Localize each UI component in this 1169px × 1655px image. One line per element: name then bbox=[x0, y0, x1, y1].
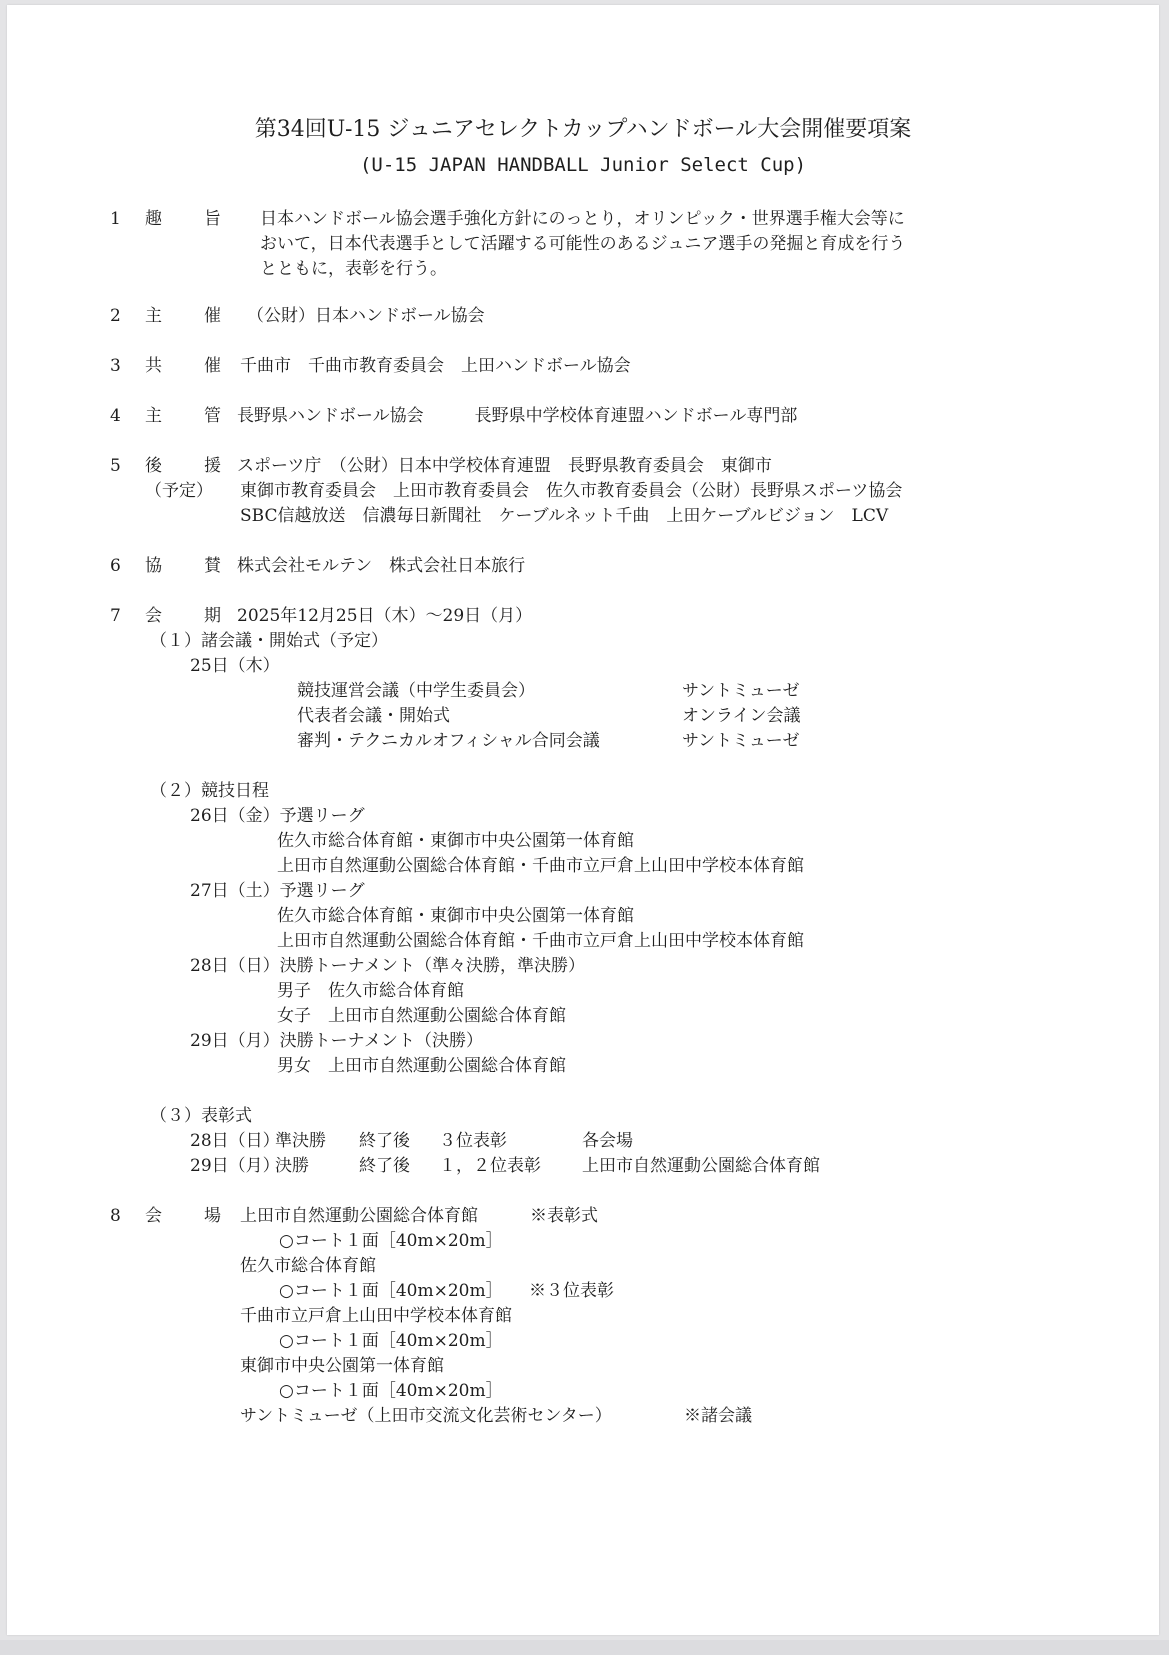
venue-court: ○コート１面［40m×20m］ bbox=[279, 1280, 503, 1302]
award-timing: 終了後 bbox=[359, 1130, 410, 1152]
viewer-bottom-edge bbox=[0, 1640, 1169, 1655]
section-number: 4 bbox=[110, 405, 121, 427]
schedule-day: 29日（月）決勝トーナメント（決勝） bbox=[190, 1030, 483, 1052]
section-label: 賛 bbox=[204, 555, 221, 577]
section-number: 8 bbox=[110, 1205, 121, 1227]
section-note: （予定） bbox=[145, 480, 213, 502]
section-label: 場 bbox=[204, 1205, 221, 1227]
section-label: 催 bbox=[204, 355, 221, 377]
section-label: 主 bbox=[145, 405, 162, 427]
section-text: スポーツ庁 （公財）日本中学校体育連盟 長野県教育委員会 東御市 bbox=[237, 455, 772, 477]
meeting-place: オンライン会議 bbox=[682, 705, 801, 727]
venue-court: ○コート１面［40m×20m］ bbox=[279, 1330, 503, 1352]
schedule-venue: 上田市自然運動公園総合体育館・千曲市立戸倉上山田中学校本体育館 bbox=[277, 855, 804, 877]
meeting-name: 審判・テクニカルオフィシャル合同会議 bbox=[297, 730, 600, 752]
subsection-heading: （３）表彰式 bbox=[150, 1105, 252, 1127]
subsection-heading: （２）競技日程 bbox=[150, 780, 269, 802]
section-number: 3 bbox=[110, 355, 121, 377]
schedule-day: 27日（土）予選リーグ bbox=[190, 880, 365, 902]
meeting-name: 競技運営会議（中学生委員会） bbox=[297, 680, 535, 702]
section-label: 旨 bbox=[204, 208, 221, 230]
section-text: （公財）日本ハンドボール協会 bbox=[247, 305, 485, 327]
section-text: SBC信越放送 信濃毎日新聞社 ケーブルネット千曲 上田ケーブルビジョン LCV bbox=[240, 505, 888, 527]
page-title: 第34回U-15 ジュニアセレクトカップハンドボール大会開催要項案 bbox=[7, 115, 1159, 145]
section-text: おいて，日本代表選手として活躍する可能性のあるジュニア選手の発掘と育成を行う bbox=[260, 233, 905, 255]
award-type: １，２位表彰 bbox=[439, 1155, 541, 1177]
award-day: 28日（日） bbox=[190, 1130, 280, 1152]
section-label: 催 bbox=[204, 305, 221, 327]
section-number: 5 bbox=[110, 455, 121, 477]
award-match: 準決勝 bbox=[275, 1130, 326, 1152]
subsection-heading: （１）諸会議・開始式（予定） bbox=[150, 630, 388, 652]
schedule-venue: 佐久市総合体育館・東御市中央公園第一体育館 bbox=[277, 905, 634, 927]
venue-name: 上田市自然運動公園総合体育館 bbox=[240, 1205, 478, 1227]
schedule-venue: 佐久市総合体育館・東御市中央公園第一体育館 bbox=[277, 830, 634, 852]
section-label: 期 bbox=[204, 605, 221, 627]
award-match: 決勝 bbox=[275, 1155, 309, 1177]
page-subtitle: (U-15 JAPAN HANDBALL Junior Select Cup) bbox=[7, 150, 1159, 180]
section-text: 千曲市 千曲市教育委員会 上田ハンドボール協会 bbox=[240, 355, 631, 377]
schedule-venue: 女子 上田市自然運動公園総合体育館 bbox=[277, 1005, 566, 1027]
schedule-day: 25日（木） bbox=[190, 655, 280, 677]
award-day: 29日（月） bbox=[190, 1155, 280, 1177]
schedule-day: 26日（金）予選リーグ bbox=[190, 805, 365, 827]
venue-court: ○コート１面［40m×20m］ bbox=[279, 1230, 503, 1252]
section-label: 共 bbox=[145, 355, 162, 377]
venue-note: ※諸会議 bbox=[684, 1405, 752, 1427]
section-label: 会 bbox=[145, 605, 162, 627]
award-place: 各会場 bbox=[582, 1130, 633, 1152]
section-label: 会 bbox=[145, 1205, 162, 1227]
section-number: 6 bbox=[110, 555, 121, 577]
section-text: 株式会社モルテン 株式会社日本旅行 bbox=[237, 555, 525, 577]
venue-name: 千曲市立戸倉上山田中学校本体育館 bbox=[240, 1305, 512, 1327]
section-text: 2025年12月25日（木）～29日（月） bbox=[237, 605, 532, 627]
schedule-venue: 上田市自然運動公園総合体育館・千曲市立戸倉上山田中学校本体育館 bbox=[277, 930, 804, 952]
document-page: 第34回U-15 ジュニアセレクトカップハンドボール大会開催要項案 (U-15 … bbox=[7, 5, 1159, 1635]
schedule-venue: 男女 上田市自然運動公園総合体育館 bbox=[277, 1055, 566, 1077]
section-number: 7 bbox=[110, 605, 121, 627]
award-place: 上田市自然運動公園総合体育館 bbox=[582, 1155, 820, 1177]
section-text: 長野県ハンドボール協会 長野県中学校体育連盟ハンドボール専門部 bbox=[237, 405, 797, 427]
section-label: 協 bbox=[145, 555, 162, 577]
section-label: 後 bbox=[145, 455, 162, 477]
section-text: 東御市教育委員会 上田市教育委員会 佐久市教育委員会（公財）長野県スポーツ協会 bbox=[240, 480, 902, 502]
venue-name: 東御市中央公園第一体育館 bbox=[240, 1355, 444, 1377]
meeting-name: 代表者会議・開始式 bbox=[297, 705, 450, 727]
venue-court: ○コート１面［40m×20m］ bbox=[279, 1380, 503, 1402]
venue-note: ※表彰式 bbox=[530, 1205, 598, 1227]
section-text: とともに，表彰を行う。 bbox=[260, 258, 447, 280]
section-label: 趣 bbox=[145, 208, 162, 230]
venue-name: 佐久市総合体育館 bbox=[240, 1255, 376, 1277]
schedule-venue: 男子 佐久市総合体育館 bbox=[277, 980, 464, 1002]
award-type: ３位表彰 bbox=[439, 1130, 507, 1152]
schedule-day: 28日（日）決勝トーナメント（準々決勝，準決勝） bbox=[190, 955, 585, 977]
venue-name: サントミューゼ（上田市交流文化芸術センター） bbox=[240, 1405, 612, 1427]
meeting-place: サントミューゼ bbox=[682, 680, 799, 702]
venue-court-note: ※３位表彰 bbox=[529, 1280, 614, 1302]
section-label: 主 bbox=[145, 305, 162, 327]
section-label: 援 bbox=[204, 455, 221, 477]
section-label: 管 bbox=[204, 405, 221, 427]
section-text: 日本ハンドボール協会選手強化方針にのっとり，オリンピック・世界選手権大会等に bbox=[260, 208, 905, 230]
section-number: 1 bbox=[110, 208, 121, 230]
meeting-place: サントミューゼ bbox=[682, 730, 799, 752]
section-number: 2 bbox=[110, 305, 121, 327]
award-timing: 終了後 bbox=[359, 1155, 410, 1177]
